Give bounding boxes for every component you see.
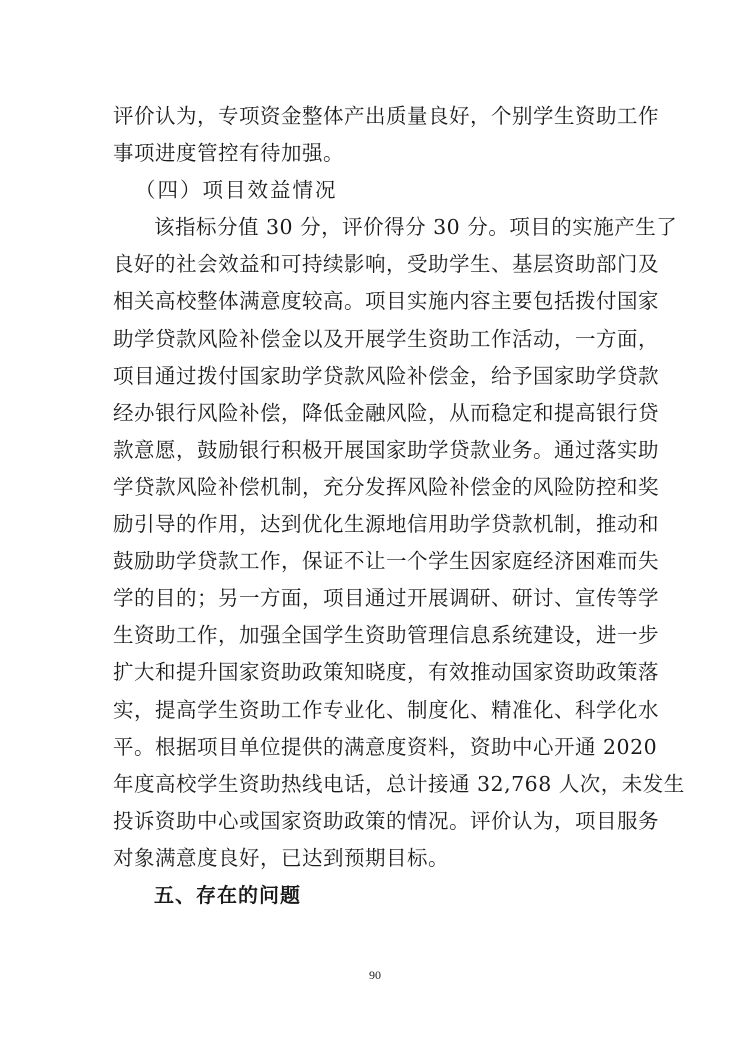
paragraph-line: 鼓励助学贷款工作，保证不让一个学生因家庭经济困难而失 — [113, 543, 638, 580]
paragraph-line: 评价认为，专项资金整体产出质量良好，个别学生资助工作 — [113, 98, 638, 135]
paragraph-line: 年度高校学生资助热线电话，总计接通 32,768 人次，未发生 — [113, 766, 638, 803]
paragraph-line: 对象满意度良好，已达到预期目标。 — [113, 840, 638, 877]
paragraph-line: 款意愿，鼓励银行积极开展国家助学贷款业务。通过落实助 — [113, 432, 638, 469]
paragraph-line: 励引导的作用，达到优化生源地信用助学贷款机制，推动和 — [113, 506, 638, 543]
paragraph-line: 良好的社会效益和可持续影响，受助学生、基层资助部门及 — [113, 246, 638, 283]
paragraph-line: 平。根据项目单位提供的满意度资料，资助中心开通 2020 — [113, 729, 638, 766]
paragraph-line: 助学贷款风险补偿金以及开展学生资助工作活动，一方面， — [113, 321, 638, 358]
paragraph-line: 生资助工作，加强全国学生资助管理信息系统建设，进一步 — [113, 617, 638, 654]
document-body: 评价认为，专项资金整体产出质量良好，个别学生资助工作 事项进度管控有待加强。 （… — [113, 98, 638, 914]
paragraph-line: 事项进度管控有待加强。 — [113, 135, 638, 172]
paragraph-line: 该指标分值 30 分，评价得分 30 分。项目的实施产生了 — [113, 209, 638, 246]
section-heading: 五、存在的问题 — [113, 877, 638, 914]
paragraph-line: 经办银行风险补偿，降低金融风险，从而稳定和提高银行贷 — [113, 395, 638, 432]
section-subheading: （四）项目效益情况 — [113, 172, 638, 209]
paragraph-line: 项目通过拨付国家助学贷款风险补偿金，给予国家助学贷款 — [113, 358, 638, 395]
paragraph-line: 扩大和提升国家资助政策知晓度，有效推动国家资助政策落 — [113, 654, 638, 691]
page-number: 90 — [0, 968, 750, 983]
paragraph-line: 相关高校整体满意度较高。项目实施内容主要包括拨付国家 — [113, 283, 638, 320]
paragraph-line: 学贷款风险补偿机制，充分发挥风险补偿金的风险防控和奖 — [113, 469, 638, 506]
paragraph-line: 投诉资助中心或国家资助政策的情况。评价认为，项目服务 — [113, 803, 638, 840]
paragraph-line: 实，提高学生资助工作专业化、制度化、精准化、科学化水 — [113, 692, 638, 729]
paragraph-line: 学的目的；另一方面，项目通过开展调研、研讨、宣传等学 — [113, 580, 638, 617]
